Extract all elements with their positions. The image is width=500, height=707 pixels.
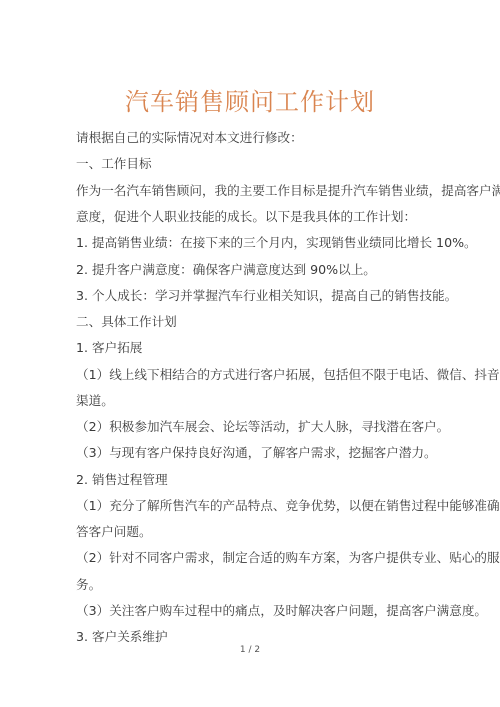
subheading-customer-expansion: 1. 客户拓展 [76, 340, 142, 356]
document-title: 汽车销售顾问工作计划 [0, 82, 500, 117]
goal-item-1: 1. 提高销售业绩：在接下来的三个月内，实现销售业绩同比增长 10%。 [76, 235, 477, 251]
paragraph-line: 作为一名汽车销售顾问，我的主要工作目标是提升汽车销售业绩，提高客户满 [76, 183, 500, 199]
subheading-sales-process: 2. 销售过程管理 [76, 472, 168, 488]
goal-item-2: 2. 提升客户满意度：确保客户满意度达到 90%以上。 [76, 262, 376, 278]
section-heading-plan: 二、具体工作计划 [76, 314, 177, 330]
plan-item: （2）针对不同客户需求，制定合适的购车方案，为客户提供专业、贴心的服 [76, 550, 500, 566]
plan-item-continued: 渠道。 [76, 393, 114, 409]
plan-item: （1）充分了解所售汽车的产品特点、竞争优势，以便在销售过程中能够准确解 [76, 498, 500, 514]
plan-item: （3）与现有客户保持良好沟通，了解客户需求，挖掘客户潜力。 [76, 445, 437, 461]
plan-item: （2）积极参加汽车展会、论坛等活动，扩大人脉，寻找潜在客户。 [76, 419, 449, 435]
page-indicator: 1 / 2 [0, 645, 500, 655]
instruction-line: 请根据自己的实际情况对本文进行修改： [76, 130, 303, 146]
subheading-customer-relations: 3. 客户关系维护 [76, 629, 168, 645]
section-heading-goals: 一、工作目标 [76, 156, 152, 172]
plan-item: （3）关注客户购车过程中的痛点，及时解决客户问题，提高客户满意度。 [76, 603, 487, 619]
goal-item-3: 3. 个人成长：学习并掌握汽车行业相关知识，提高自己的销售技能。 [76, 288, 457, 304]
paragraph-line: 意度，促进个人职业技能的成长。以下是我具体的工作计划： [76, 209, 416, 225]
plan-item: （1）线上线下相结合的方式进行客户拓展，包括但不限于电话、微信、抖音等 [76, 367, 500, 383]
plan-item-continued: 答客户问题。 [76, 524, 152, 540]
plan-item-continued: 务。 [76, 577, 101, 593]
